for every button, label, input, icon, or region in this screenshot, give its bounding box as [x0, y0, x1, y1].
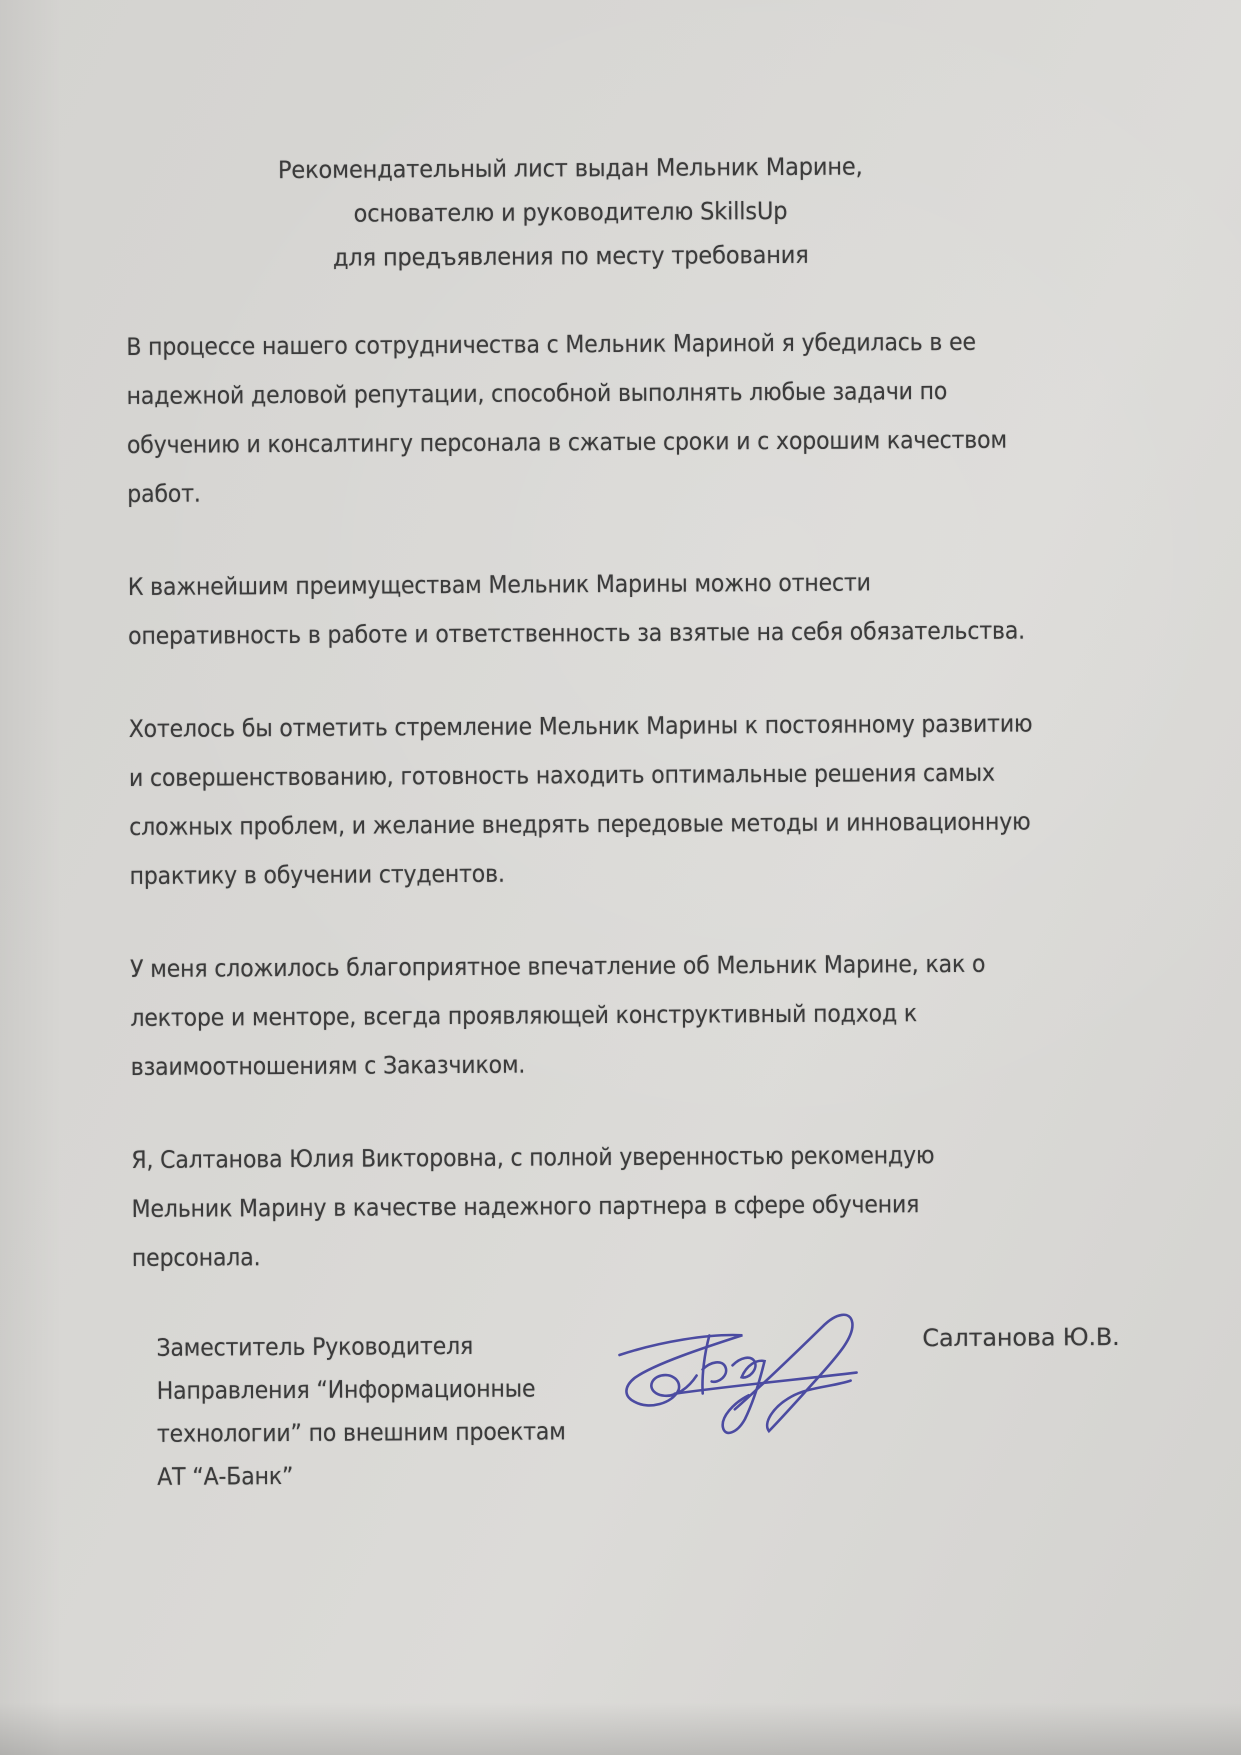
paragraph-development: Хотелось бы отметить стремление Мельник …: [129, 699, 1154, 901]
paragraph-recommendation: Я, Салтанова Юлия Викторовна, с полной у…: [131, 1130, 1156, 1283]
paragraph-impression: У меня сложилось благоприятное впечатлен…: [130, 939, 1155, 1092]
letter-content: Рекомендательный лист выдан Мельник Мари…: [0, 0, 1241, 1558]
title-line-3: для предъявления по месту требования: [333, 241, 809, 272]
paragraph-cooperation: В процессе нашего сотрудничества с Мельн…: [126, 317, 1151, 519]
handwritten-signature-icon: [584, 1290, 885, 1460]
title-line-1: Рекомендательный лист выдан Мельник Мари…: [278, 153, 863, 185]
signature-row: Заместитель Руководителя Направления “Ин…: [132, 1320, 1241, 1557]
photographed-letter: Рекомендательный лист выдан Мельник Мари…: [0, 0, 1241, 1755]
signer-position-block: Заместитель Руководителя Направления “Ин…: [156, 1324, 566, 1498]
paragraph-advantages: К важнейшим преимуществам Мельник Марины…: [128, 557, 1153, 661]
title-line-2: основателю и руководителю SkillsUp: [354, 197, 788, 228]
signer-name: Салтанова Ю.В.: [922, 1323, 1119, 1352]
letter-title: Рекомендательный лист выдан Мельник Мари…: [152, 144, 989, 281]
